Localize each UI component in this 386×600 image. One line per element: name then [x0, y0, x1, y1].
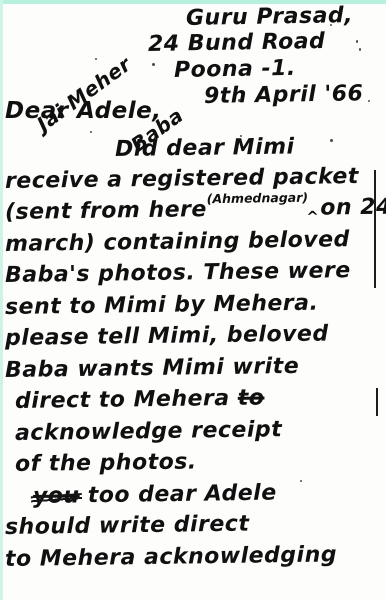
- address-line: 9th April '66: [204, 81, 364, 110]
- text-segment: (sent from here: [5, 197, 207, 225]
- scan-speck: [300, 480, 302, 482]
- scan-speck: [238, 99, 241, 102]
- struck-text: to: [238, 386, 265, 411]
- letter-line: please tell Mimi, beloved: [5, 318, 384, 355]
- address-line: 24 Bund Road: [148, 28, 364, 58]
- letter-line: of the photos.: [15, 444, 384, 481]
- letter-line: sent to Mimi by Mehera.: [5, 286, 384, 323]
- scan-speck: [286, 564, 288, 566]
- scan-speck: [90, 131, 92, 133]
- scan-speck: [240, 135, 242, 137]
- text-segment: to Mehera acknowledging: [5, 542, 337, 572]
- letter-line: Baba wants Mimi write: [5, 349, 384, 386]
- text-segment: acknowledge receipt: [15, 417, 283, 446]
- letter-line: Baba's photos. These were: [5, 255, 384, 292]
- text-segment: Baba's photos. These were: [5, 258, 351, 288]
- address-line: Guru Prasad,: [186, 3, 364, 32]
- letter-line: acknowledge receipt: [15, 412, 384, 449]
- scratched-text: you: [33, 483, 80, 509]
- letter-line: receive a registered packet: [5, 160, 384, 197]
- scan-artifact-line: [376, 388, 378, 416]
- scan-speck: [356, 40, 358, 43]
- letter-line: Did dear Mimi: [115, 130, 384, 165]
- letter-line: march) containing beloved: [5, 223, 384, 260]
- scan-speck: [95, 58, 97, 60]
- text-segment: sent to Mimi by Mehera.: [5, 290, 319, 319]
- letter-line: to Mehera acknowledging: [5, 538, 384, 575]
- scan-speck: [359, 48, 361, 51]
- address-block: Guru Prasad,24 Bund RoadPoona -1.9th Apr…: [148, 6, 363, 110]
- text-segment: direct to Mehera: [15, 386, 238, 414]
- letter-line: should write direct: [5, 507, 384, 544]
- text-segment: Did dear Mimi: [115, 134, 295, 162]
- text-segment: should write direct: [5, 512, 250, 540]
- handwritten-letter-scan: Jai Meher Baba Guru Prasad,24 Bund RoadP…: [0, 0, 386, 600]
- insertion-text: (Ahmednagar): [207, 192, 309, 205]
- scan-speck: [368, 100, 370, 102]
- scan-artifact-line: [374, 170, 376, 288]
- letter-line: (sent from here(Ahmednagar)^on 24th: [5, 192, 384, 229]
- address-line: Poona -1.: [174, 55, 364, 84]
- salutation: Dear Adele,: [5, 98, 161, 124]
- text-segment: march) containing beloved: [5, 227, 350, 257]
- letter-body: Did dear Mimireceive a registered packet…: [5, 134, 384, 575]
- text-segment: on 24th: [320, 194, 386, 220]
- scan-edge-left: [0, 0, 3, 600]
- text-segment: of the photos.: [15, 449, 197, 477]
- text-segment: please tell Mimi, beloved: [5, 321, 329, 351]
- letter-line: direct to Mehera to: [15, 381, 384, 418]
- caret-text: ^: [306, 212, 319, 222]
- text-segment: too dear Adele: [79, 480, 276, 508]
- scan-speck: [330, 139, 333, 142]
- text-segment: Baba wants Mimi write: [5, 353, 300, 382]
- scan-speck: [152, 63, 155, 66]
- scan-speck: [330, 24, 332, 26]
